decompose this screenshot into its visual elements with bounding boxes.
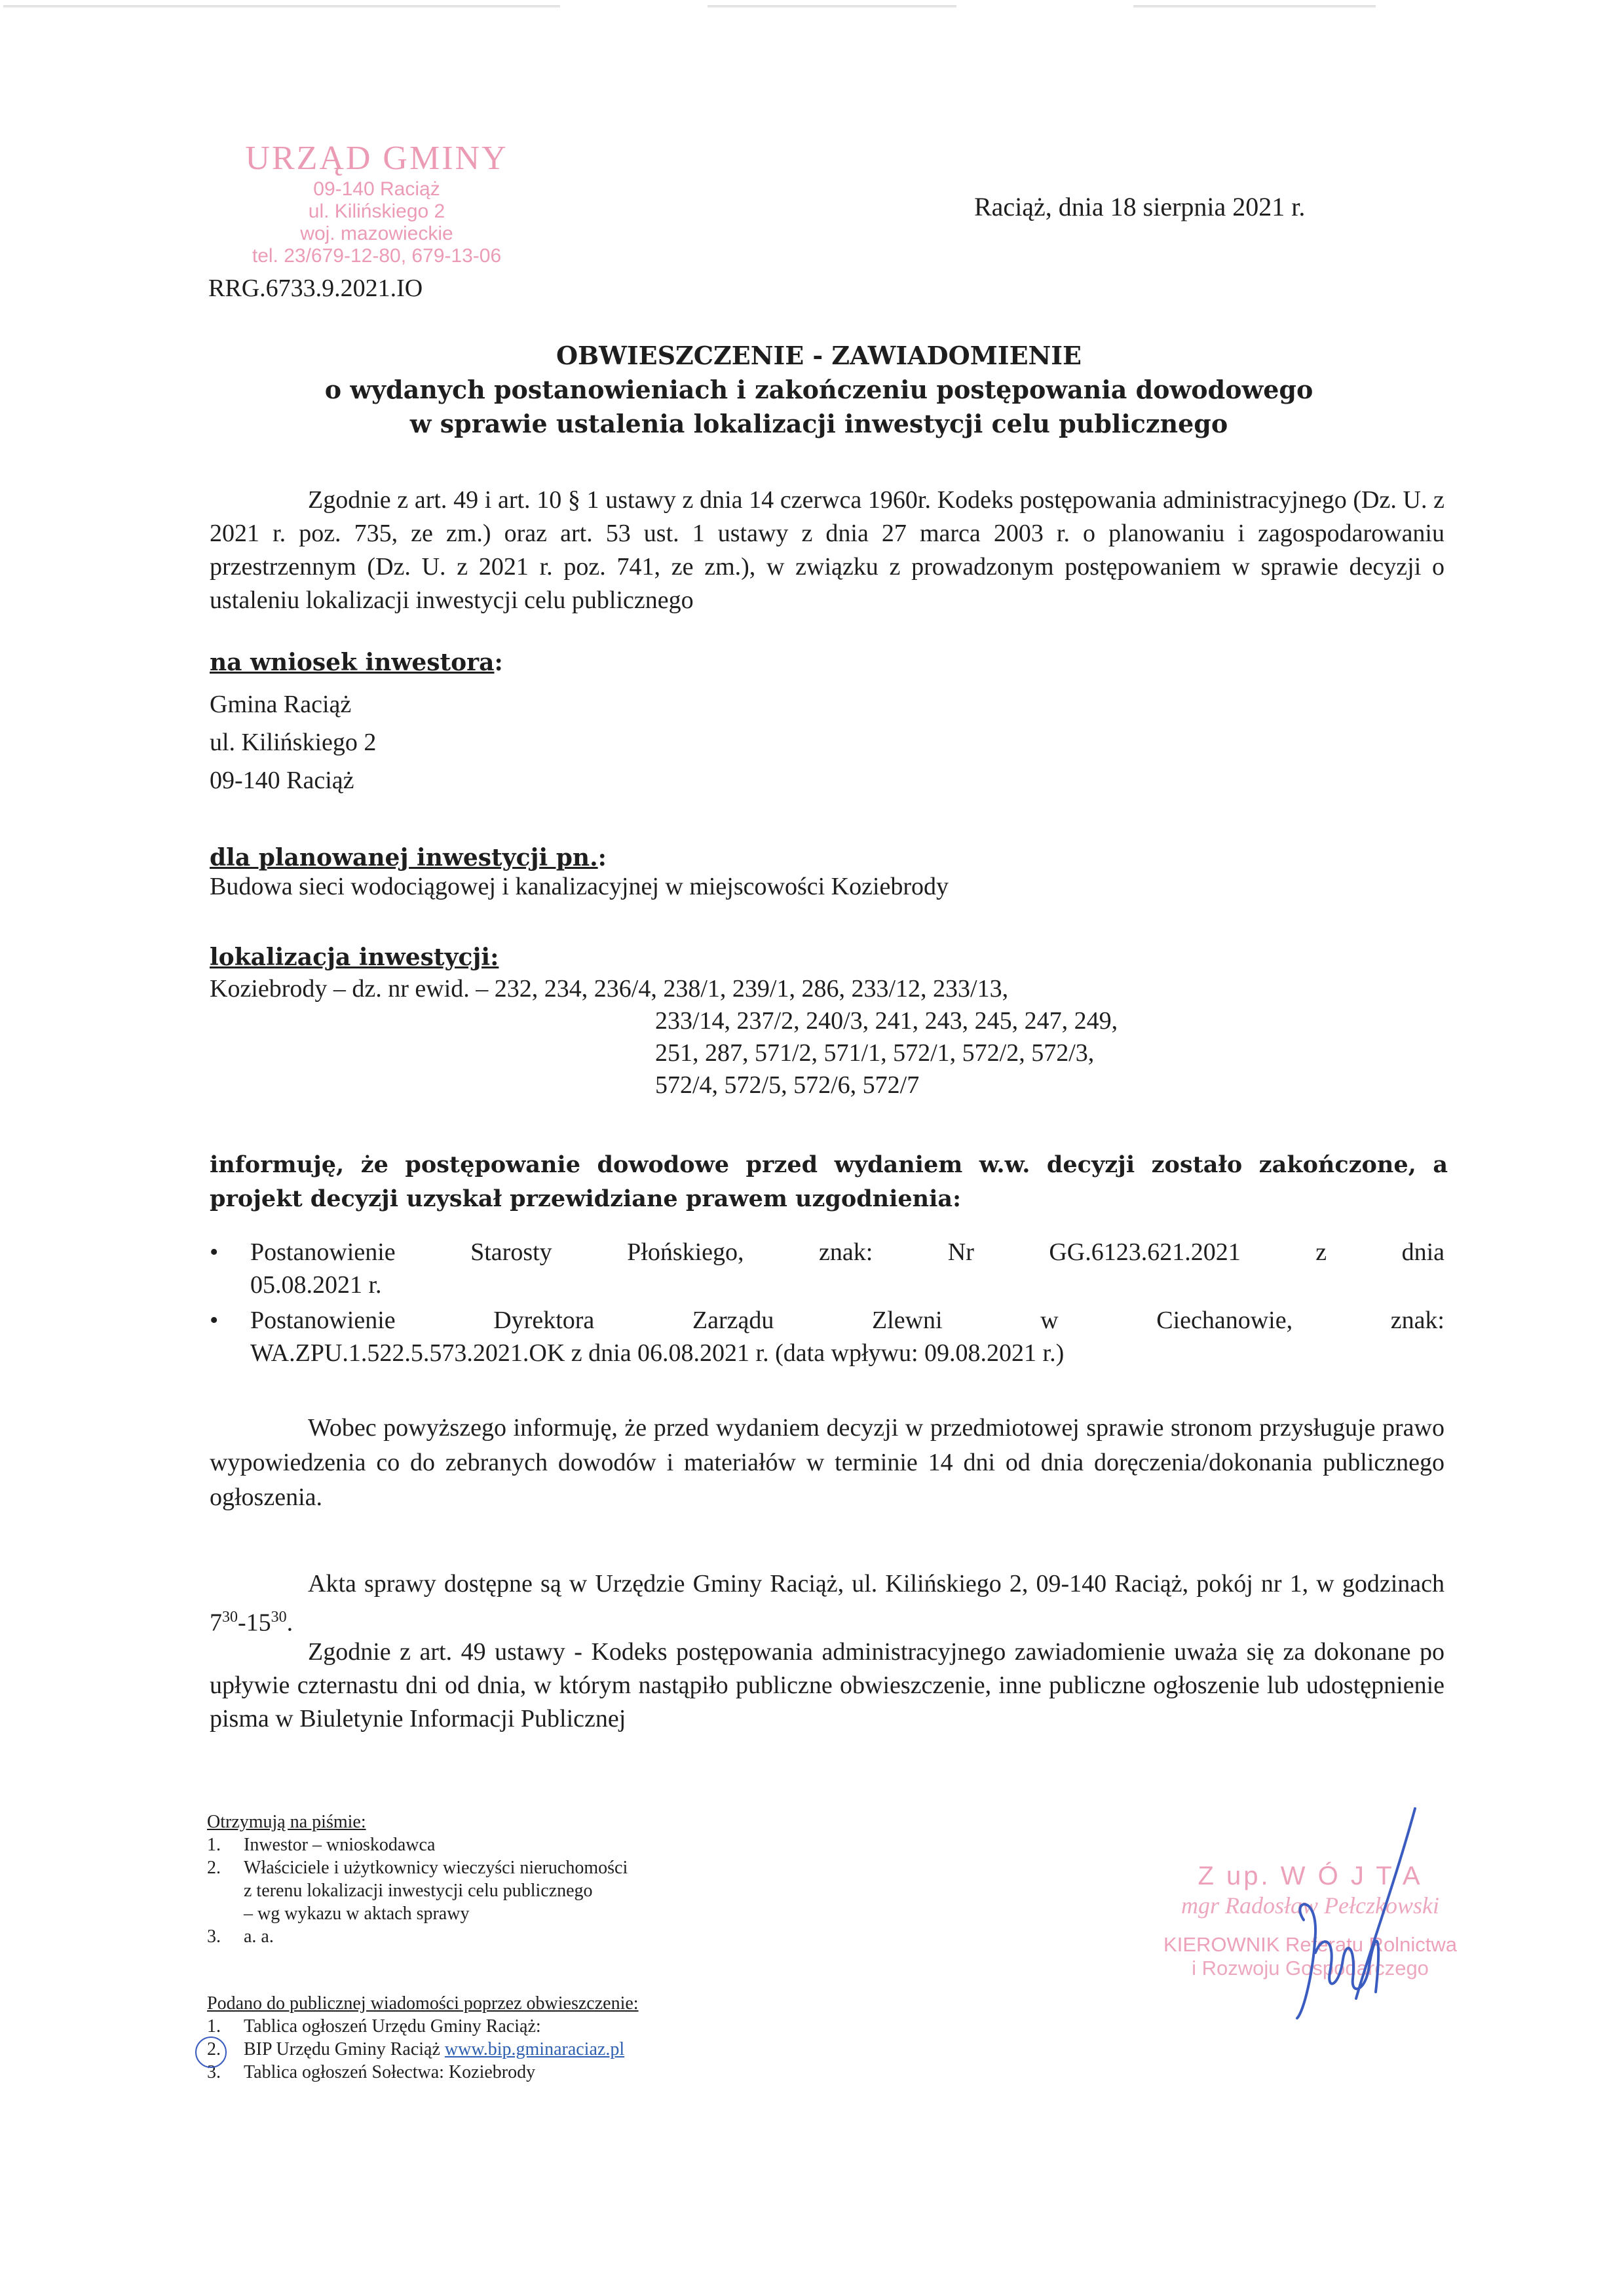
period: .: [287, 1609, 293, 1637]
rights-paragraph: Wobec powyższego informuję, że przed wyd…: [210, 1411, 1445, 1515]
investment-name: Budowa sieci wodociągowej i kanalizacyjn…: [210, 870, 949, 903]
intro-paragraph: Zgodnie z art. 49 i art. 10 § 1 ustawy z…: [210, 484, 1445, 617]
scan-artifact: [708, 5, 956, 8]
location-heading-row: lokalizacja inwestycji:: [210, 944, 499, 971]
parcel-list: Koziebrody – dz. nr ewid. – 232, 234, 23…: [210, 973, 1118, 1101]
parcels-line-2: 233/14, 237/2, 240/3, 241, 243, 245, 247…: [210, 1005, 1118, 1037]
stamp-title: URZĄD GMINY: [236, 139, 518, 178]
stamp-voivodeship: woj. mazowieckie: [236, 223, 518, 245]
colon: :: [494, 649, 502, 676]
investor-street: ul. Kilińskiego 2: [210, 726, 376, 759]
agreement-line-1: Postanowienie Dyrektora Zarządu Zlewni w…: [250, 1304, 1445, 1337]
stamp-street: ul. Kilińskiego 2: [236, 201, 518, 223]
list-number: 2.: [207, 1856, 244, 1879]
files-paragraph: Akta sprawy dostępne są w Urzędzie Gminy…: [210, 1567, 1445, 1640]
agreement-line-1: Postanowienie Starosty Płońskiego, znak:…: [250, 1236, 1445, 1269]
hour-to-sup: 30: [271, 1609, 287, 1626]
investor-city: 09-140 Raciąż: [210, 764, 354, 797]
parcels-line-1: 232, 234, 236/4, 238/1, 239/1, 286, 233/…: [495, 975, 1008, 1003]
stamp-postal: 09-140 Raciąż: [236, 178, 518, 201]
bip-link[interactable]: www.bip.gminaraciaz.pl: [445, 2039, 624, 2059]
bullet-icon: •: [210, 1304, 249, 1337]
list-number: 3.: [207, 1925, 244, 1948]
recipient-item: Właściciele i użytkownicy wieczyści nier…: [244, 1858, 628, 1878]
recipient-item: Inwestor – wnioskodawca: [244, 1835, 435, 1855]
place-date: Raciąż, dnia 18 sierpnia 2021 r.: [974, 191, 1305, 222]
investor-name: Gmina Raciąż: [210, 688, 351, 721]
art49-paragraph: Zgodnie z art. 49 ustawy - Kodeks postęp…: [210, 1636, 1445, 1736]
art49-text: Zgodnie z art. 49 ustawy - Kodeks postęp…: [210, 1638, 1445, 1732]
investor-heading-row: na wniosek inwestora:: [210, 649, 503, 676]
recipient-item-cont: – wg wykazu w aktach sprawy: [207, 1902, 628, 1925]
scan-artifact: [1133, 5, 1376, 8]
bullet-icon: •: [210, 1236, 249, 1269]
files-text: Akta sprawy dostępne są w Urzędzie Gminy…: [210, 1570, 1445, 1637]
publication-item: Tablica ogłoszeń Sołectwa: Koziebrody: [244, 2062, 535, 2082]
hour-to: -15: [238, 1609, 271, 1637]
handwritten-circle: [195, 2037, 227, 2068]
conclusion-paragraph: informuję, że postępowanie dowodowe prze…: [210, 1148, 1448, 1216]
publication-item: Tablica ogłoszeń Urzędu Gminy Raciąż:: [244, 2016, 541, 2037]
intro-text: Zgodnie z art. 49 i art. 10 § 1 ustawy z…: [210, 486, 1445, 614]
list-number: 1.: [207, 1833, 244, 1856]
publication-list: Podano do publicznej wiadomości poprzez …: [207, 1992, 639, 2084]
publication-item: BIP Urzędu Gminy Raciąż: [244, 2039, 445, 2059]
reference-number: RRG.6733.9.2021.IO: [208, 274, 423, 303]
recipient-item-cont: z terenu lokalizacji inwestycji celu pub…: [207, 1879, 628, 1902]
list-number: 1.: [207, 2015, 244, 2038]
parcel-prefix: Koziebrody – dz. nr ewid. –: [210, 975, 495, 1003]
agreement-item: • Postanowienie Starosty Płońskiego, zna…: [210, 1236, 1445, 1301]
investment-heading: dla planowanej inwestycji pn.: [210, 844, 598, 871]
handwritten-signature-icon: [1277, 1802, 1422, 2038]
colon: :: [598, 844, 607, 871]
investment-heading-row: dla planowanej inwestycji pn.:: [210, 844, 607, 871]
agreement-line-2: WA.ZPU.1.522.5.573.2021.OK z dnia 06.08.…: [250, 1337, 1445, 1369]
publication-heading: Podano do publicznej wiadomości poprzez …: [207, 1993, 639, 2014]
recipients-heading: Otrzymują na piśmie:: [207, 1812, 366, 1832]
location-heading: lokalizacja inwestycji:: [210, 944, 499, 971]
rights-text: Wobec powyższego informuję, że przed wyd…: [210, 1414, 1445, 1511]
agreement-line-2: 05.08.2021 r.: [250, 1269, 1445, 1301]
recipient-item: a. a.: [244, 1926, 274, 1947]
agreement-item: • Postanowienie Dyrektora Zarządu Zlewni…: [210, 1304, 1445, 1369]
parcels-line-3: 251, 287, 571/2, 571/1, 572/1, 572/2, 57…: [210, 1037, 1118, 1069]
scan-artifact: [3, 5, 560, 8]
document-subtitle-1: o wydanych postanowieniach i zakończeniu…: [197, 375, 1441, 404]
stamp-phone: tel. 23/679-12-80, 679-13-06: [236, 245, 518, 267]
document-title: OBWIESZCZENIE - ZAWIADOMIENIE: [197, 341, 1441, 370]
recipients-list: Otrzymują na piśmie: 1.Inwestor – wniosk…: [207, 1810, 628, 1948]
parcels-line-4: 572/4, 572/5, 572/6, 572/7: [210, 1069, 1118, 1101]
document-subtitle-2: w sprawie ustalenia lokalizacji inwestyc…: [197, 409, 1441, 438]
office-stamp: URZĄD GMINY 09-140 Raciąż ul. Kilińskieg…: [236, 139, 518, 267]
hour-from-sup: 30: [222, 1609, 238, 1626]
investor-heading: na wniosek inwestora: [210, 649, 494, 676]
